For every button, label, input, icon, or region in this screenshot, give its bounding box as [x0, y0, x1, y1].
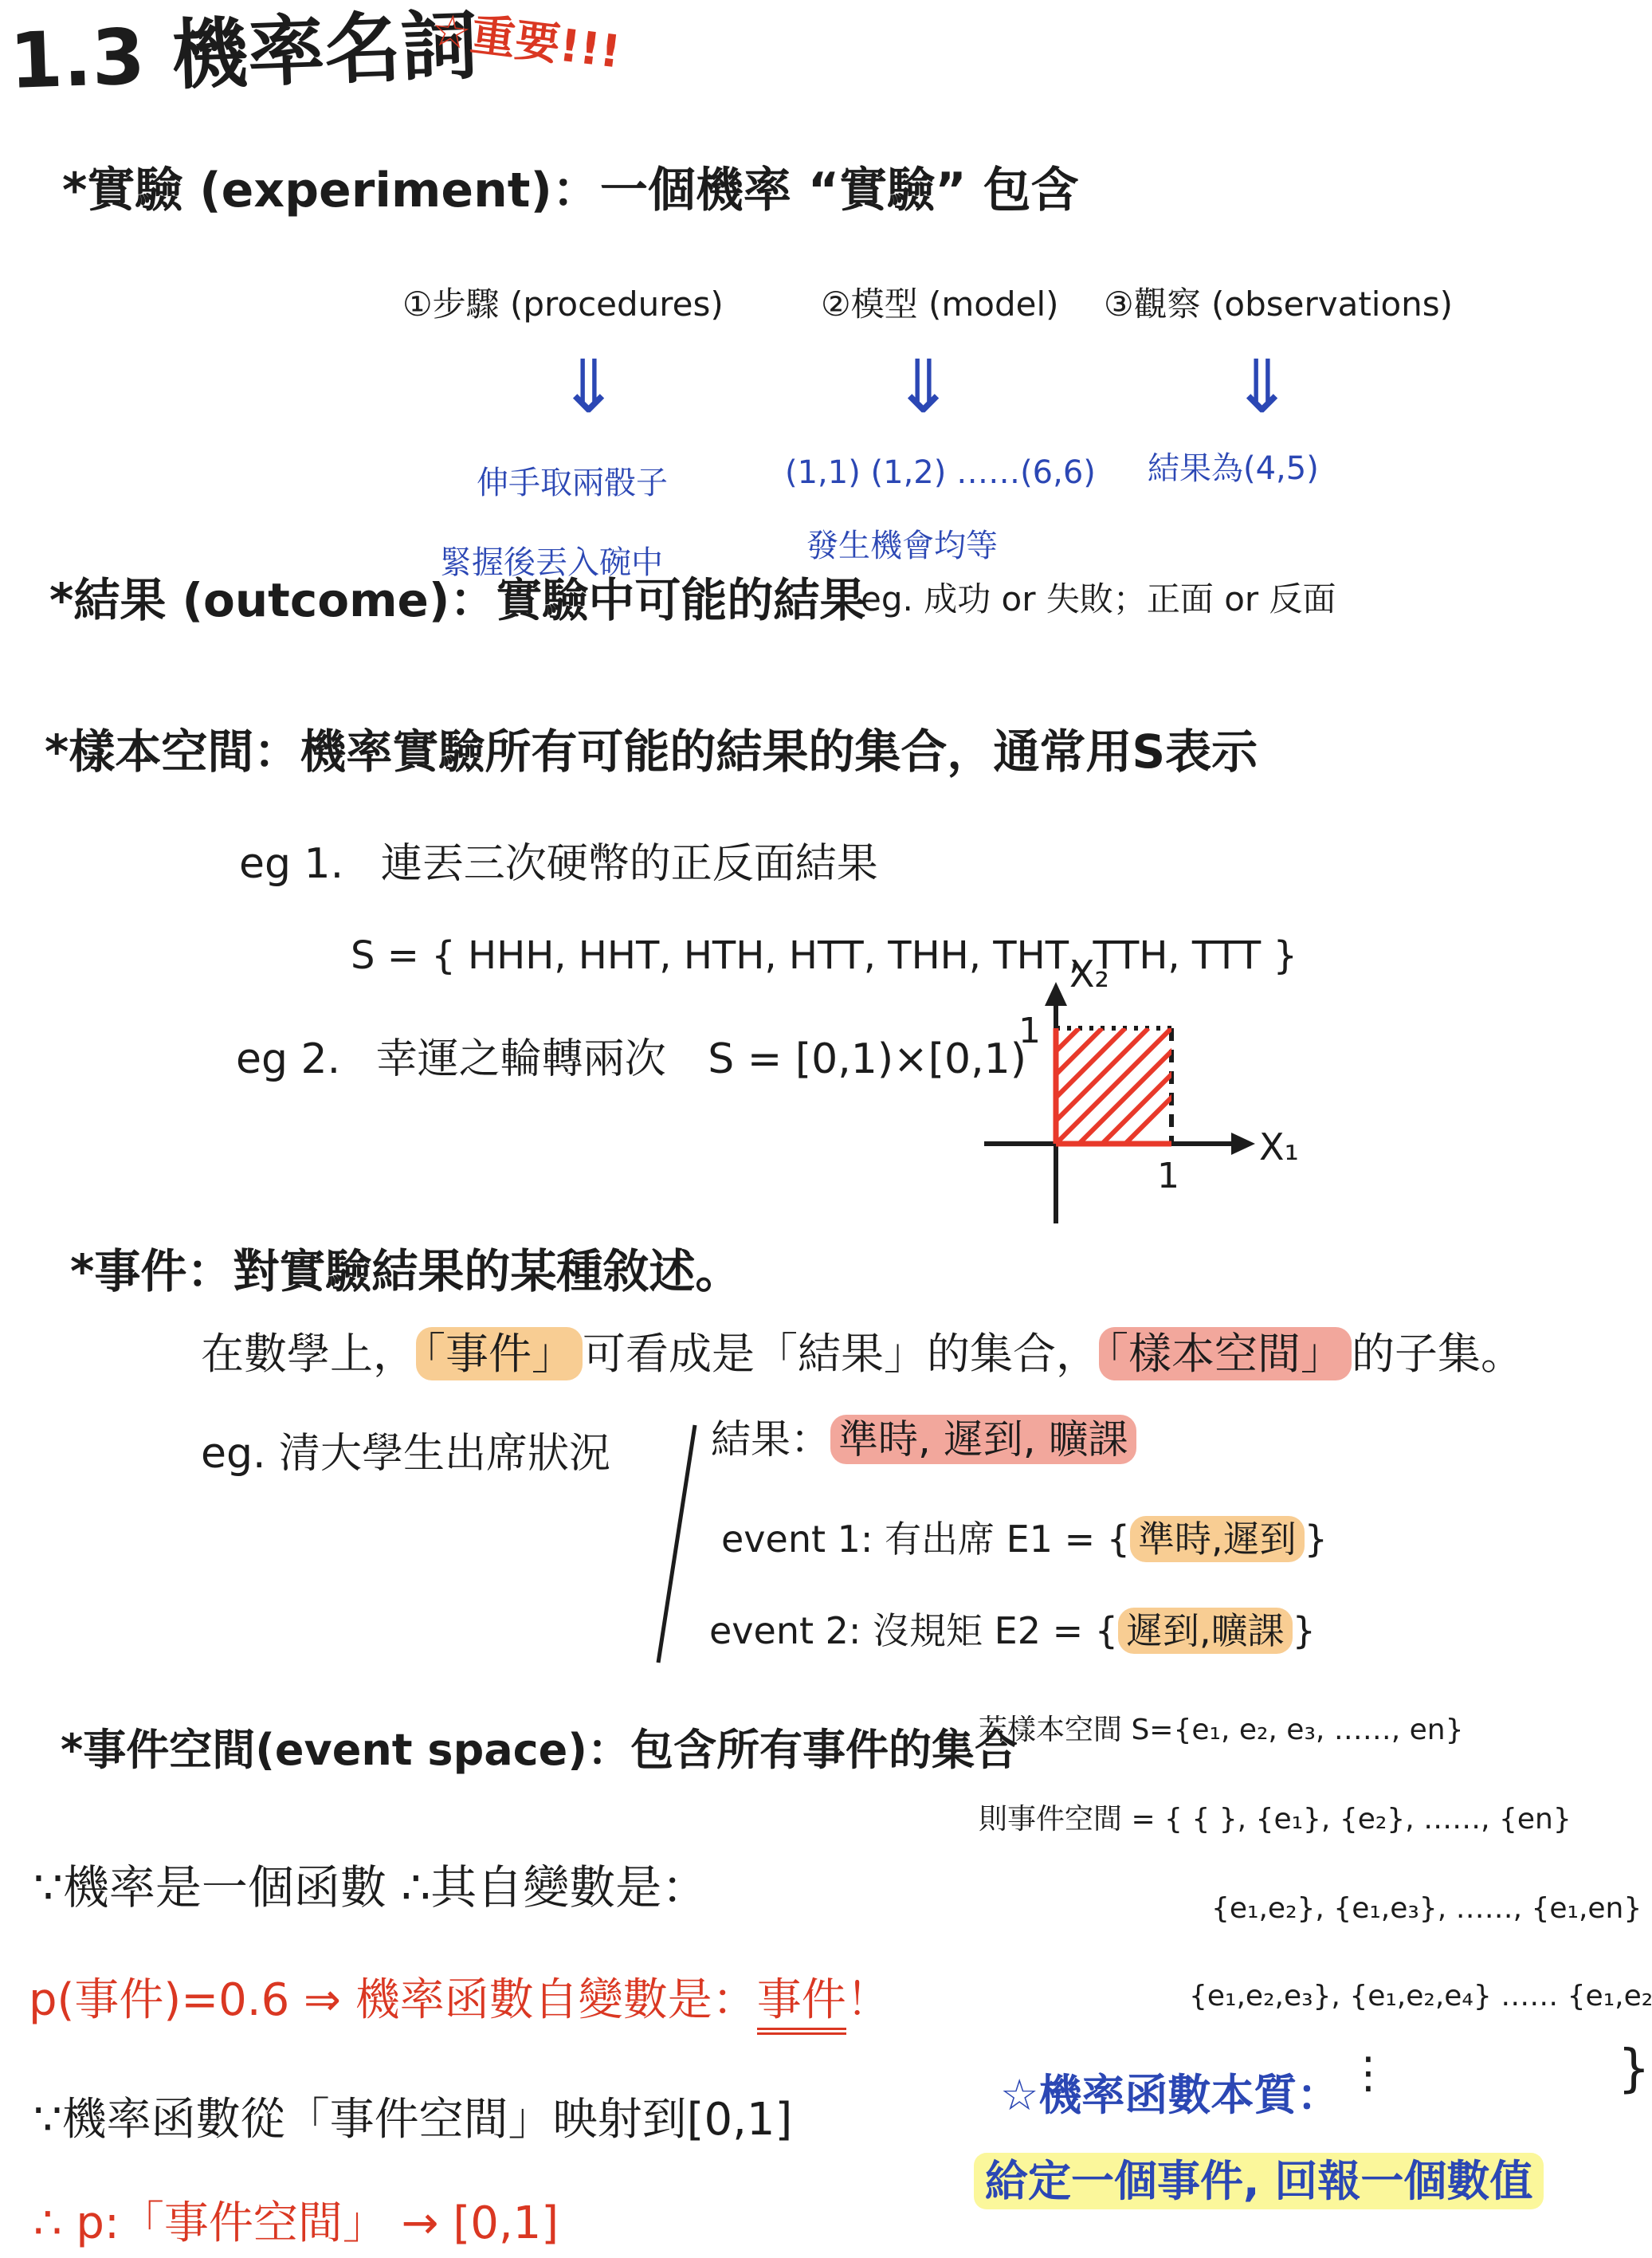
event-space-heading: *事件空間(event space)：包含所有事件的集合: [61, 1726, 1018, 1775]
example1-label: eg 1.: [239, 840, 343, 888]
prob-function-line3: ∵機率函數從「事件空間」映射到[0,1]: [33, 2095, 792, 2146]
event-space-side-line2: 則事件空間 = { { }, {e₁}, {e₂}, ……, {en}: [979, 1803, 1572, 1836]
attendance-outcomes-label: 結果：: [711, 1416, 830, 1463]
y-axis-label: X₂: [1069, 952, 1109, 995]
event-math-mid: 可看成是「結果」的集合，: [583, 1329, 1099, 1379]
unit-square-plot: X₁ X₂ 1 1: [980, 941, 1506, 1247]
example-brace: [644, 1420, 708, 1671]
down-arrow-icon: ⇓: [1231, 351, 1293, 424]
event-math-line: 在數學上，「事件」可看成是「結果」的集合，「樣本空間」的子集。: [201, 1329, 1524, 1379]
prob-function-line2-emphasis: 事件: [757, 1974, 846, 2035]
attendance-outcomes-line: 結果：準時, 遲到, 曠課: [711, 1417, 1136, 1463]
attendance-outcomes-highlight: 準時, 遲到, 曠課: [830, 1415, 1136, 1464]
sample-space-term-highlight: 「樣本空間」: [1099, 1327, 1352, 1380]
event-heading: *事件：對實驗結果的某種敘述。: [70, 1245, 741, 1298]
sample-space-heading: *樣本空間：機率實驗所有可能的結果的集合，通常用S表示: [45, 725, 1258, 779]
handwritten-notes-page: 1.3 機率名詞 ☆重要!!! *實驗 (experiment)：一個機率 “實…: [0, 0, 1652, 2258]
event2-prefix: event 2: 沒規矩 E2 = {: [709, 1609, 1118, 1652]
down-arrow-icon: ⇓: [893, 351, 954, 424]
experiment-step-2-note-2: 發生機會均等: [806, 528, 998, 564]
experiment-step-1-note-1: 伸手取兩骰子: [477, 465, 668, 501]
example1-line: eg 1. 連丟三次硬幣的正反面結果: [239, 841, 878, 889]
experiment-step-3-note-1: 結果為(4,5): [1148, 450, 1319, 487]
experiment-step-2-label: ②模型 (model): [821, 285, 1059, 324]
experiment-heading: *實驗 (experiment)：一個機率 “實驗” 包含: [62, 163, 1079, 218]
event-space-close-brace: }: [1618, 2040, 1650, 2099]
event2-set-highlight: 遲到,曠課: [1118, 1608, 1293, 1654]
event2-line: event 2: 沒規矩 E2 = {遲到,曠課}: [709, 1610, 1316, 1652]
prob-function-line2-prefix: p(事件)=0.6 ⇒ 機率函數自變數是：: [29, 1974, 757, 2026]
experiment-step-3-label: ③觀察 (observations): [1104, 285, 1453, 324]
event1-set-highlight: 準時,遲到: [1130, 1516, 1305, 1562]
page-title: 1.3 機率名詞: [8, 1, 479, 105]
x-axis-arrowhead-icon: [1231, 1133, 1255, 1155]
experiment-step-1-label: ①步驟 (procedures): [402, 285, 724, 324]
event2-close-brace: }: [1293, 1609, 1316, 1652]
example1-text: 連丟三次硬幣的正反面結果: [381, 840, 878, 888]
event-term-highlight: 「事件」: [416, 1327, 583, 1380]
attendance-example-lead: eg. 清大學生出席狀況: [201, 1431, 610, 1478]
example2-line: eg 2. 幸運之輪轉兩次 S = [0,1)×[0,1): [236, 1036, 1026, 1084]
event1-close-brace: }: [1305, 1518, 1328, 1561]
event1-line: event 1: 有出席 E1 = {準時,遲到}: [721, 1518, 1328, 1561]
essence-note-highlight: 給定一個事件, 回報一個數值: [974, 2153, 1544, 2209]
event-space-side-line4: {e₁,e₂,e₃}, {e₁,e₂,e₄} …… {e₁,e₂,en}: [1189, 1980, 1652, 2013]
prob-function-line2-bang: ！: [846, 1974, 891, 2026]
y-axis-arrowhead-icon: [1045, 982, 1067, 1006]
y-axis-tick-1: 1: [1018, 1011, 1041, 1051]
down-arrow-icon: ⇓: [558, 351, 619, 424]
prob-function-line1: ∵機率是一個函數 ∴其自變數是：: [33, 1861, 708, 1914]
example2-text: 幸運之輪轉兩次: [376, 1035, 666, 1083]
outcome-heading: *結果 (outcome)：實驗中可能的結果: [49, 574, 865, 627]
event-math-prefix: 在數學上，: [201, 1329, 416, 1379]
event-space-side-line3: {e₁,e₂}, {e₁,e₃}, ……, {e₁,en}: [1211, 1892, 1642, 1925]
prob-function-line4: ∴ p:「事件空間」 → [0,1]: [33, 2198, 559, 2249]
unit-square-plot-svg: X₁ X₂ 1 1: [980, 941, 1506, 1243]
essence-note-title: ☆機率函數本質：: [1000, 2071, 1340, 2120]
event-space-side-line1: 若樣本空間 S={e₁, e₂, e₃, ……, en}: [979, 1714, 1464, 1746]
example2-label: eg 2.: [236, 1035, 340, 1083]
experiment-step-2-note-1: (1,1) (1,2) ……(6,6): [785, 454, 1096, 491]
x-axis-tick-1: 1: [1157, 1156, 1179, 1196]
prob-function-line2: p(事件)=0.6 ⇒ 機率函數自變數是：事件！: [29, 1975, 891, 2026]
event-space-vdots: ⋮: [1347, 2048, 1391, 2098]
x-axis-label: X₁: [1259, 1125, 1299, 1168]
essence-note-line: 給定一個事件, 回報一個數值: [974, 2157, 1544, 2206]
event-math-suffix: 的子集。: [1352, 1329, 1524, 1379]
outcome-example: eg. 成功 or 失敗；正面 or 反面: [861, 580, 1336, 618]
event1-prefix: event 1: 有出席 E1 = {: [721, 1518, 1130, 1561]
example2-sample-space-set: S = [0,1)×[0,1): [708, 1035, 1026, 1083]
